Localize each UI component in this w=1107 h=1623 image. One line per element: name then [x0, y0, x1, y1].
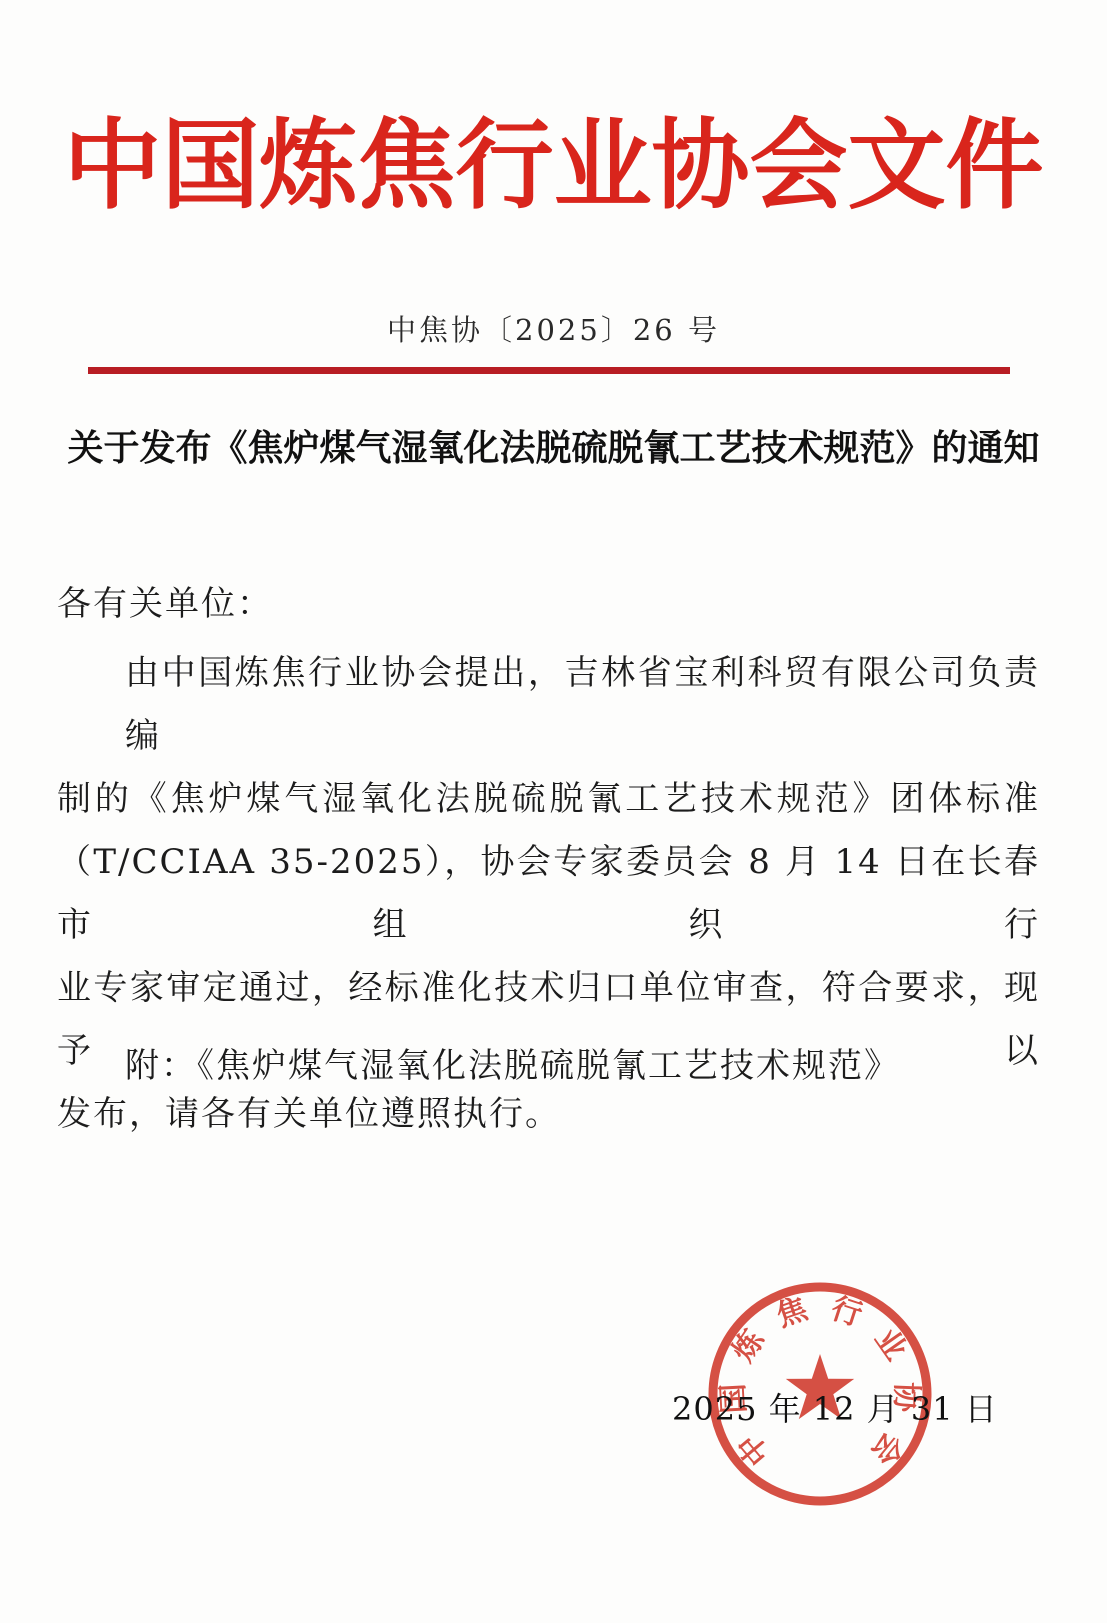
date-line: 2025 年 12 月 31 日 — [672, 1384, 998, 1430]
red-divider-rule — [88, 367, 1010, 374]
body-line: （T/CCIAA 35-2025），协会专家委员会 8 月 14 日在长春市组织… — [57, 831, 1040, 957]
seal-char: 行 — [827, 1291, 866, 1334]
body-line: 发布，请各有关单位遵照执行。 — [57, 1083, 1040, 1146]
document-page: 中国炼焦行业协会文件 中焦协〔2025〕26 号 关于发布《焦炉煤气湿氧化法脱硫… — [0, 0, 1107, 1623]
notice-title: 关于发布《焦炉煤气湿氧化法脱硫脱氰工艺技术规范》的通知 — [0, 420, 1107, 471]
attachment-line: 附：《焦炉煤气湿氧化法脱硫脱氰工艺技术规范》 — [57, 1038, 1040, 1087]
org-title: 中国炼焦行业协会文件 — [0, 92, 1107, 239]
body-line: 制的《焦炉煤气湿氧化法脱硫脱氰工艺技术规范》团体标准 — [57, 768, 1040, 831]
body-line: 由中国炼焦行业协会提出，吉林省宝利科贸有限公司负责编 — [57, 642, 1040, 768]
doc-number: 中焦协〔2025〕26 号 — [0, 308, 1107, 349]
salutation: 各有关单位： — [57, 576, 1040, 625]
